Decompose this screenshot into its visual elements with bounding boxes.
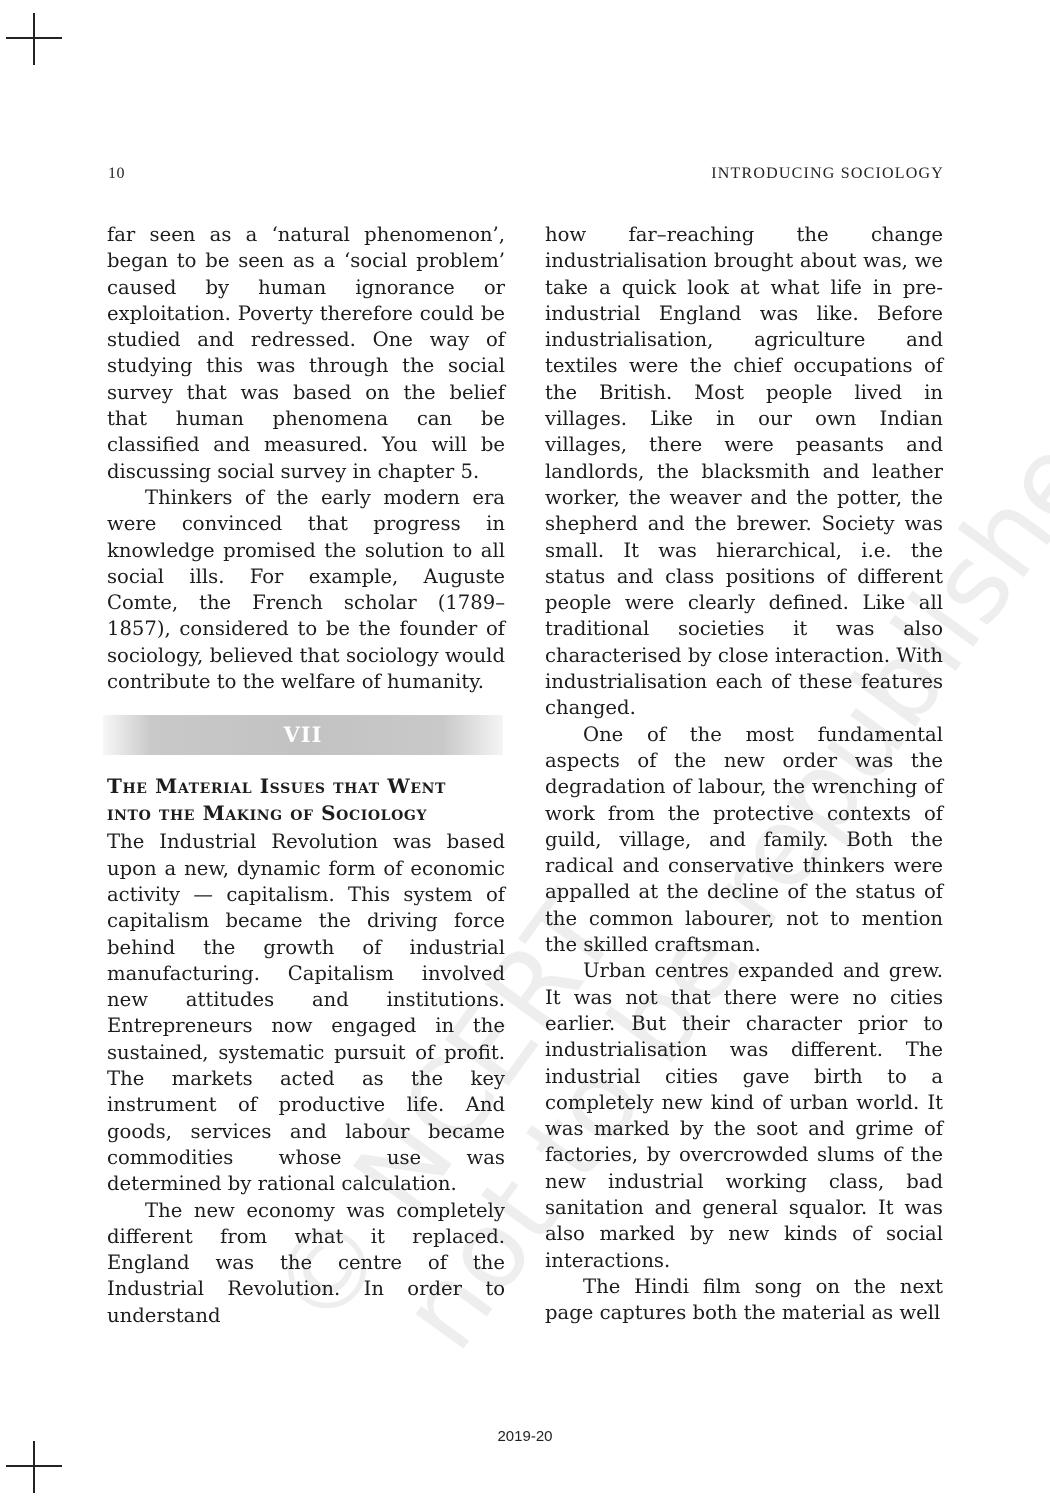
- paragraph: how far–reaching the change industrialis…: [545, 222, 943, 722]
- section-heading: The Material Issues that Went into the M…: [107, 773, 505, 827]
- page-number: 10: [108, 165, 125, 183]
- crop-mark-vertical: [33, 1441, 35, 1493]
- paragraph: Urban centres expanded and grew. It was …: [545, 958, 943, 1274]
- section-banner: VII: [103, 715, 503, 755]
- paragraph: far seen as a ‘natural phenomenon’, bega…: [107, 222, 505, 485]
- paragraph: The Hindi film song on the next page cap…: [545, 1274, 943, 1327]
- paragraph: One of the most fundamental aspects of t…: [545, 722, 943, 959]
- left-column: far seen as a ‘natural phenomenon’, bega…: [107, 222, 505, 1329]
- right-column: how far–reaching the change industrialis…: [545, 222, 943, 1326]
- section-heading-line-1: The Material Issues that Went: [107, 773, 505, 800]
- paragraph: The Industrial Revolution was based upon…: [107, 829, 505, 1197]
- crop-mark-vertical: [33, 13, 35, 65]
- paragraph: The new economy was completely different…: [107, 1198, 505, 1329]
- running-title: INTRODUCING SOCIOLOGY: [711, 165, 944, 183]
- crop-mark-top-icon: [6, 13, 62, 65]
- crop-mark-bottom-icon: [6, 1441, 62, 1493]
- footer-year: 2019-20: [0, 1428, 1050, 1445]
- section-heading-line-2: into the Making of Sociology: [107, 800, 505, 827]
- paragraph: Thinkers of the early modern era were co…: [107, 485, 505, 695]
- section-number: VII: [103, 722, 503, 748]
